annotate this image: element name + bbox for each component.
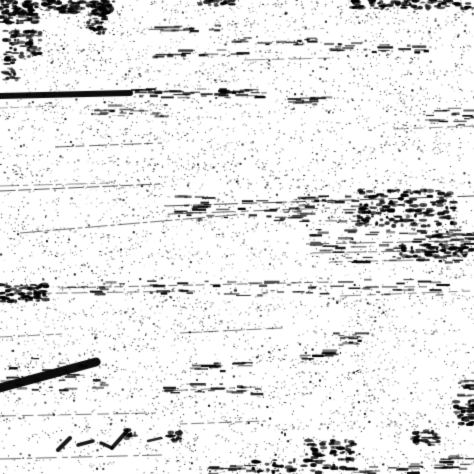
grunge-texture bbox=[0, 0, 474, 474]
grunge-texture-canvas bbox=[0, 0, 474, 474]
